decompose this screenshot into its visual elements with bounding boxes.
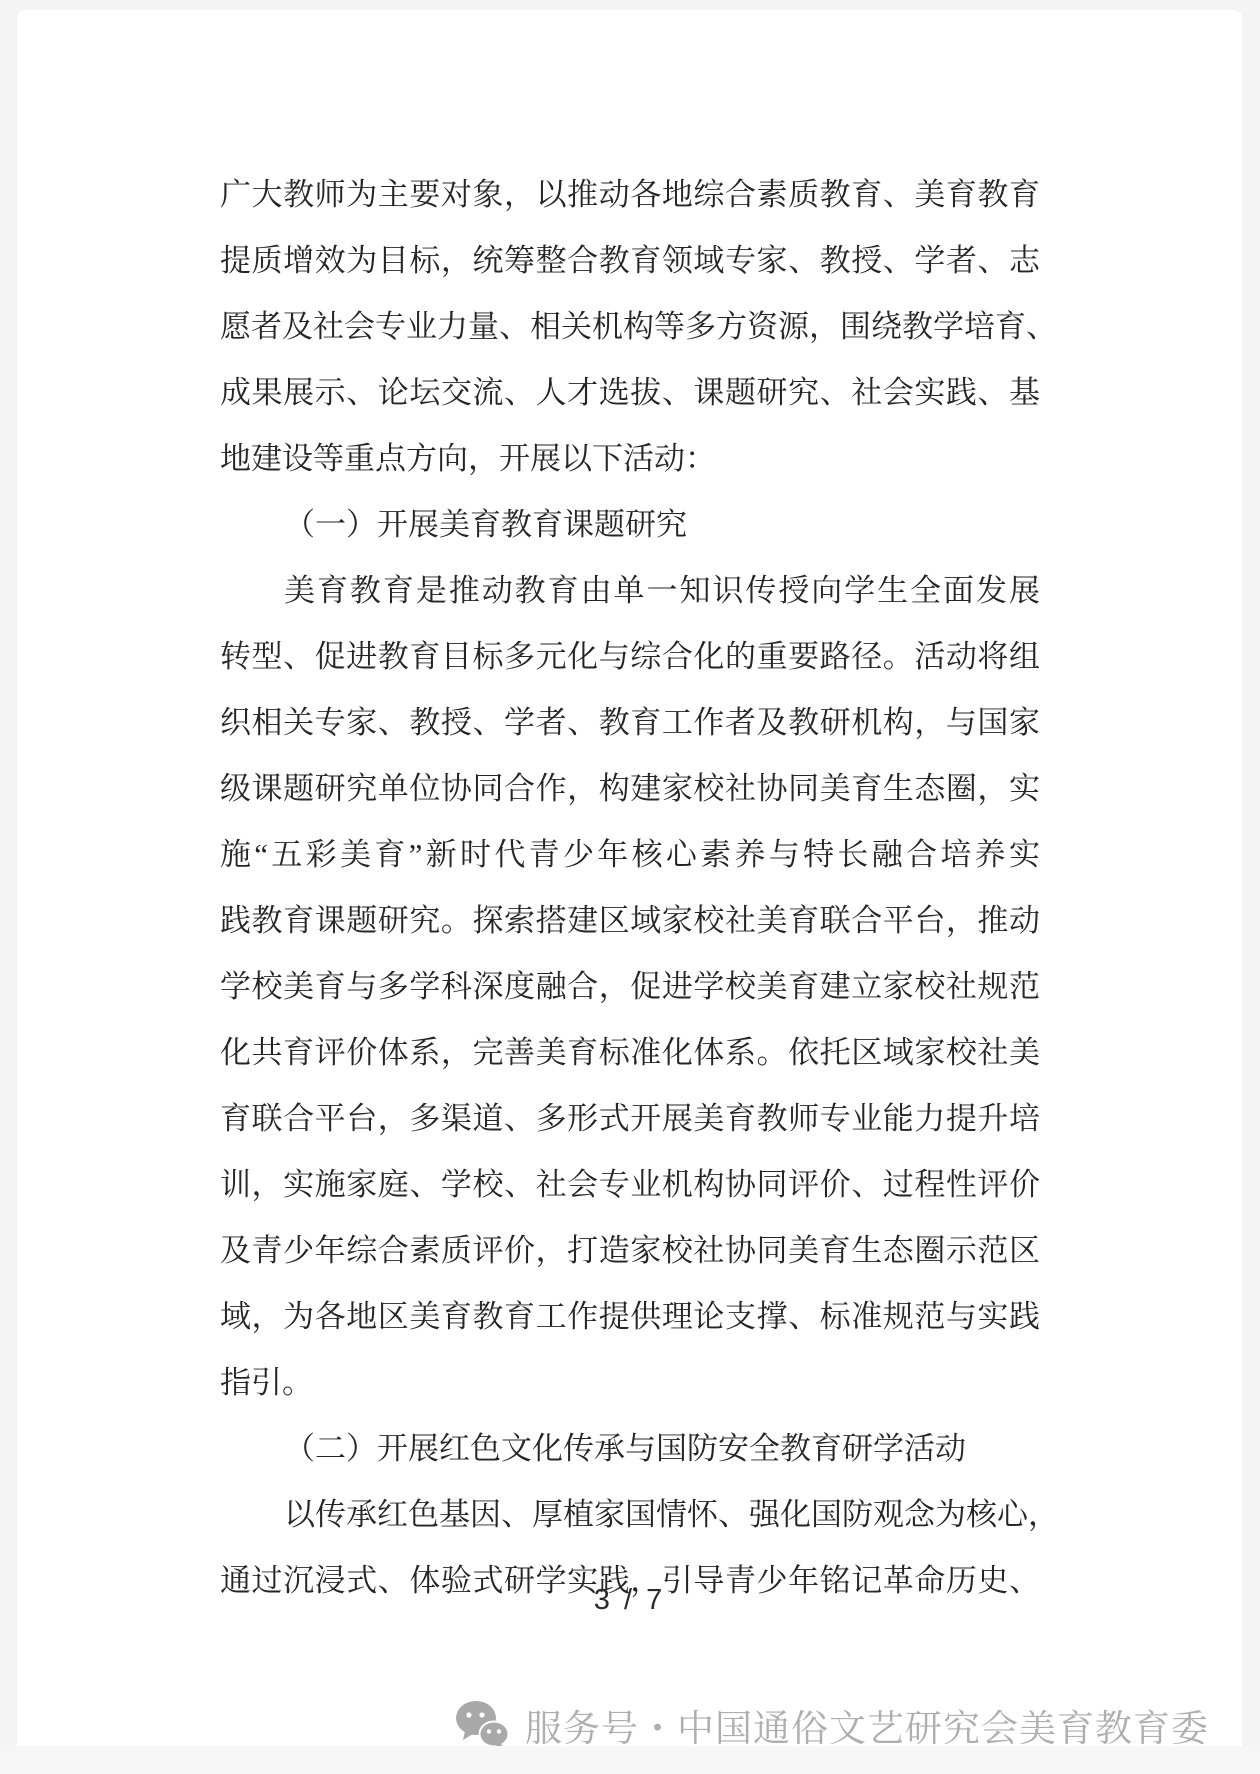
text-line: 训，实施家庭、学校、社会专业机构协同评价、过程性评价 <box>220 1152 1040 1218</box>
text-line: 及青少年综合素质评价，打造家校社协同美育生态圈示范区 <box>220 1218 1040 1284</box>
text-line: 以传承红色基因、厚植家国情怀、强化国防观念为核心， <box>220 1482 1040 1548</box>
text-line: 化共育评价体系，完善美育标准化体系。依托区域家校社美 <box>220 1020 1040 1086</box>
text-line: 转型、促进教育目标多元化与综合化的重要路径。活动将组 <box>220 624 1040 690</box>
watermark-label: 服务号・中国通俗文艺研究会美育教育委 <box>525 1698 1209 1752</box>
text-line: 育联合平台，多渠道、多形式开展美育教师专业能力提升培 <box>220 1086 1040 1152</box>
text-line: 提质增效为目标，统筹整合教育领域专家、教授、学者、志 <box>220 228 1040 294</box>
text-line: 织相关专家、教授、学者、教育工作者及教研机构，与国家 <box>220 690 1040 756</box>
text-line: 美育教育是推动教育由单一知识传授向学生全面发展 <box>220 558 1040 624</box>
text-line: 指引。 <box>220 1350 1040 1416</box>
text-line: 学校美育与多学科深度融合，促进学校美育建立家校社规范 <box>220 954 1040 1020</box>
text-line: 愿者及社会专业力量、相关机构等多方资源，围绕教学培育、 <box>220 294 1040 360</box>
text-line: 成果展示、论坛交流、人才选拔、课题研究、社会实践、基 <box>220 360 1040 426</box>
text-line: 级课题研究单位协同合作，构建家校社协同美育生态圈，实 <box>220 756 1040 822</box>
document-lines: 广大教师为主要对象，以推动各地综合素质教育、美育教育提质增效为目标，统筹整合教育… <box>220 162 1040 1614</box>
text-line: （二）开展红色文化传承与国防安全教育研学活动 <box>220 1416 1040 1482</box>
page-background-strip <box>0 1746 1260 1774</box>
wechat-icon <box>455 1700 511 1750</box>
text-line: 地建设等重点方向，开展以下活动： <box>220 426 1040 492</box>
text-line: 施“五彩美育”新时代青少年核心素养与特长融合培养实 <box>220 822 1040 888</box>
text-line: 域，为各地区美育教育工作提供理论支撑、标准规范与实践 <box>220 1284 1040 1350</box>
text-line: 践教育课题研究。探索搭建区域家校社美育联合平台，推动 <box>220 888 1040 954</box>
text-line: 广大教师为主要对象，以推动各地综合素质教育、美育教育 <box>220 162 1040 228</box>
text-line: （一）开展美育教育课题研究 <box>220 492 1040 558</box>
page-number: 3 / 7 <box>17 1584 1242 1617</box>
document-page: 广大教师为主要对象，以推动各地综合素质教育、美育教育提质增效为目标，统筹整合教育… <box>17 10 1242 1746</box>
